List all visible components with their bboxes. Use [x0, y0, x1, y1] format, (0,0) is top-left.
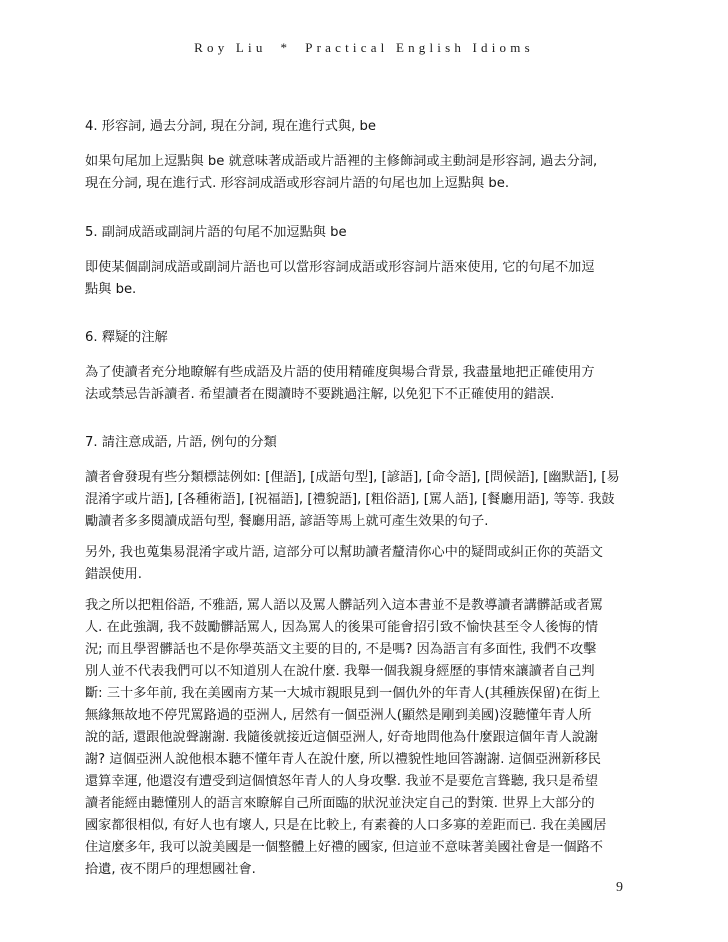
paragraph-line: 另外, 我也蒐集易混淆字或片語, 這部分可以幫助讀者釐清你心中的疑問或糾正你的英…: [85, 544, 603, 561]
header-book-title: Practical English Idioms: [305, 40, 534, 55]
paragraph-line: 斷: 三十多年前, 我在美國南方某一大城市親眼見到一個仇外的年青人(其種族保留)…: [85, 685, 600, 702]
paragraph-line: 謝? 這個亞洲人說他根本聽不懂年青人在說什麼, 所以禮貌性地回答謝謝. 這個亞洲…: [85, 751, 601, 768]
header-author: Roy Liu: [194, 40, 266, 55]
paragraph-line: 如果句尾加上逗點與 be 就意味著成語或片語裡的主修飾詞或主動詞是形容詞, 過去…: [85, 153, 597, 170]
paragraph-line: 點與 be.: [85, 281, 136, 298]
paragraph-line: 現在分詞, 現在進行式. 形容詞成語或形容詞片語的句尾也加上逗點與 be.: [85, 175, 509, 192]
paragraph-line: 說的話, 還跟他說聲謝謝. 我隨後就接近這個亞洲人, 好奇地問他為什麼跟這個年青…: [85, 729, 598, 746]
header-separator: *: [281, 40, 292, 56]
paragraph-line: 拾遺, 夜不閉戶的理想國社會.: [85, 861, 256, 878]
paragraph-line: 即使某個副詞成語或副詞片語也可以當形容詞成語或形容詞片語來使用, 它的句尾不加逗: [85, 259, 595, 276]
section-heading-7: 7. 請注意成語, 片語, 例句的分類: [85, 434, 277, 451]
paragraph-line: 國家都很相似, 有好人也有壞人, 只是在比較上, 有素養的人口多寡的差距而已. …: [85, 817, 606, 834]
paragraph-line: 別人並不代表我們可以不知道別人在說什麼. 我舉一個我親身經歷的事情來讓讀者自己判: [85, 663, 595, 680]
paragraph-line: 讀者能經由聽懂別人的語言來瞭解自己所面臨的狀況並決定自己的對策. 世界上大部分的: [85, 795, 595, 812]
section-heading-4: 4. 形容詞, 過去分詞, 現在分詞, 現在進行式與, be: [85, 118, 376, 135]
page-number: 9: [616, 880, 623, 896]
paragraph-line: 讀者會發現有些分類標誌例如: [俚語], [成語句型], [諺語], [命令語]…: [85, 469, 620, 486]
paragraph-line: 無緣無故地不停咒罵路過的亞洲人, 居然有一個亞洲人(顯然是剛到美國)沒聽懂年青人…: [85, 707, 592, 724]
paragraph-line: 還算幸運, 他還沒有遭受到這個憤怒年青人的人身攻擊. 我並不是要危言聳聽, 我只…: [85, 773, 598, 790]
paragraph-line: 住這麼多年, 我可以說美國是一個整體上好禮的國家, 但這並不意味著美國社會是一個…: [85, 839, 603, 856]
section-heading-5: 5. 副詞成語或副詞片語的句尾不加逗點與 be: [85, 224, 347, 241]
paragraph-line: 勵讀者多多閱讀成語句型, 餐廳用語, 諺語等馬上就可產生效果的句子.: [85, 513, 488, 530]
paragraph-line: 人. 在此強調, 我不鼓勵髒話罵人, 因為罵人的後果可能會招引致不愉快甚至令人後…: [85, 619, 598, 636]
paragraph-line: 為了使讀者充分地瞭解有些成語及片語的使用精確度與場合背景, 我盡量地把正確使用方: [85, 364, 595, 381]
paragraph-line: 法或禁忌告訴讀者. 希望讀者在閱讀時不要跳過注解, 以免犯下不正確使用的錯誤.: [85, 386, 554, 403]
paragraph-line: 錯誤使用.: [85, 566, 142, 583]
section-heading-6: 6. 釋疑的注解: [85, 329, 168, 346]
running-header: Roy Liu*Practical English Idioms: [0, 40, 728, 56]
paragraph-line: 我之所以把粗俗語, 不雅語, 罵人語以及罵人髒話列入這本書並不是教導讀者講髒話或…: [85, 597, 603, 614]
paragraph-line: 混淆字或片語], [各種術語], [祝福語], [禮貌語], [粗俗語], [罵…: [85, 491, 615, 508]
paragraph-line: 況; 而且學習髒話也不是你學英語文主要的目的, 不是嗎? 因為語言有多面性, 我…: [85, 641, 596, 658]
